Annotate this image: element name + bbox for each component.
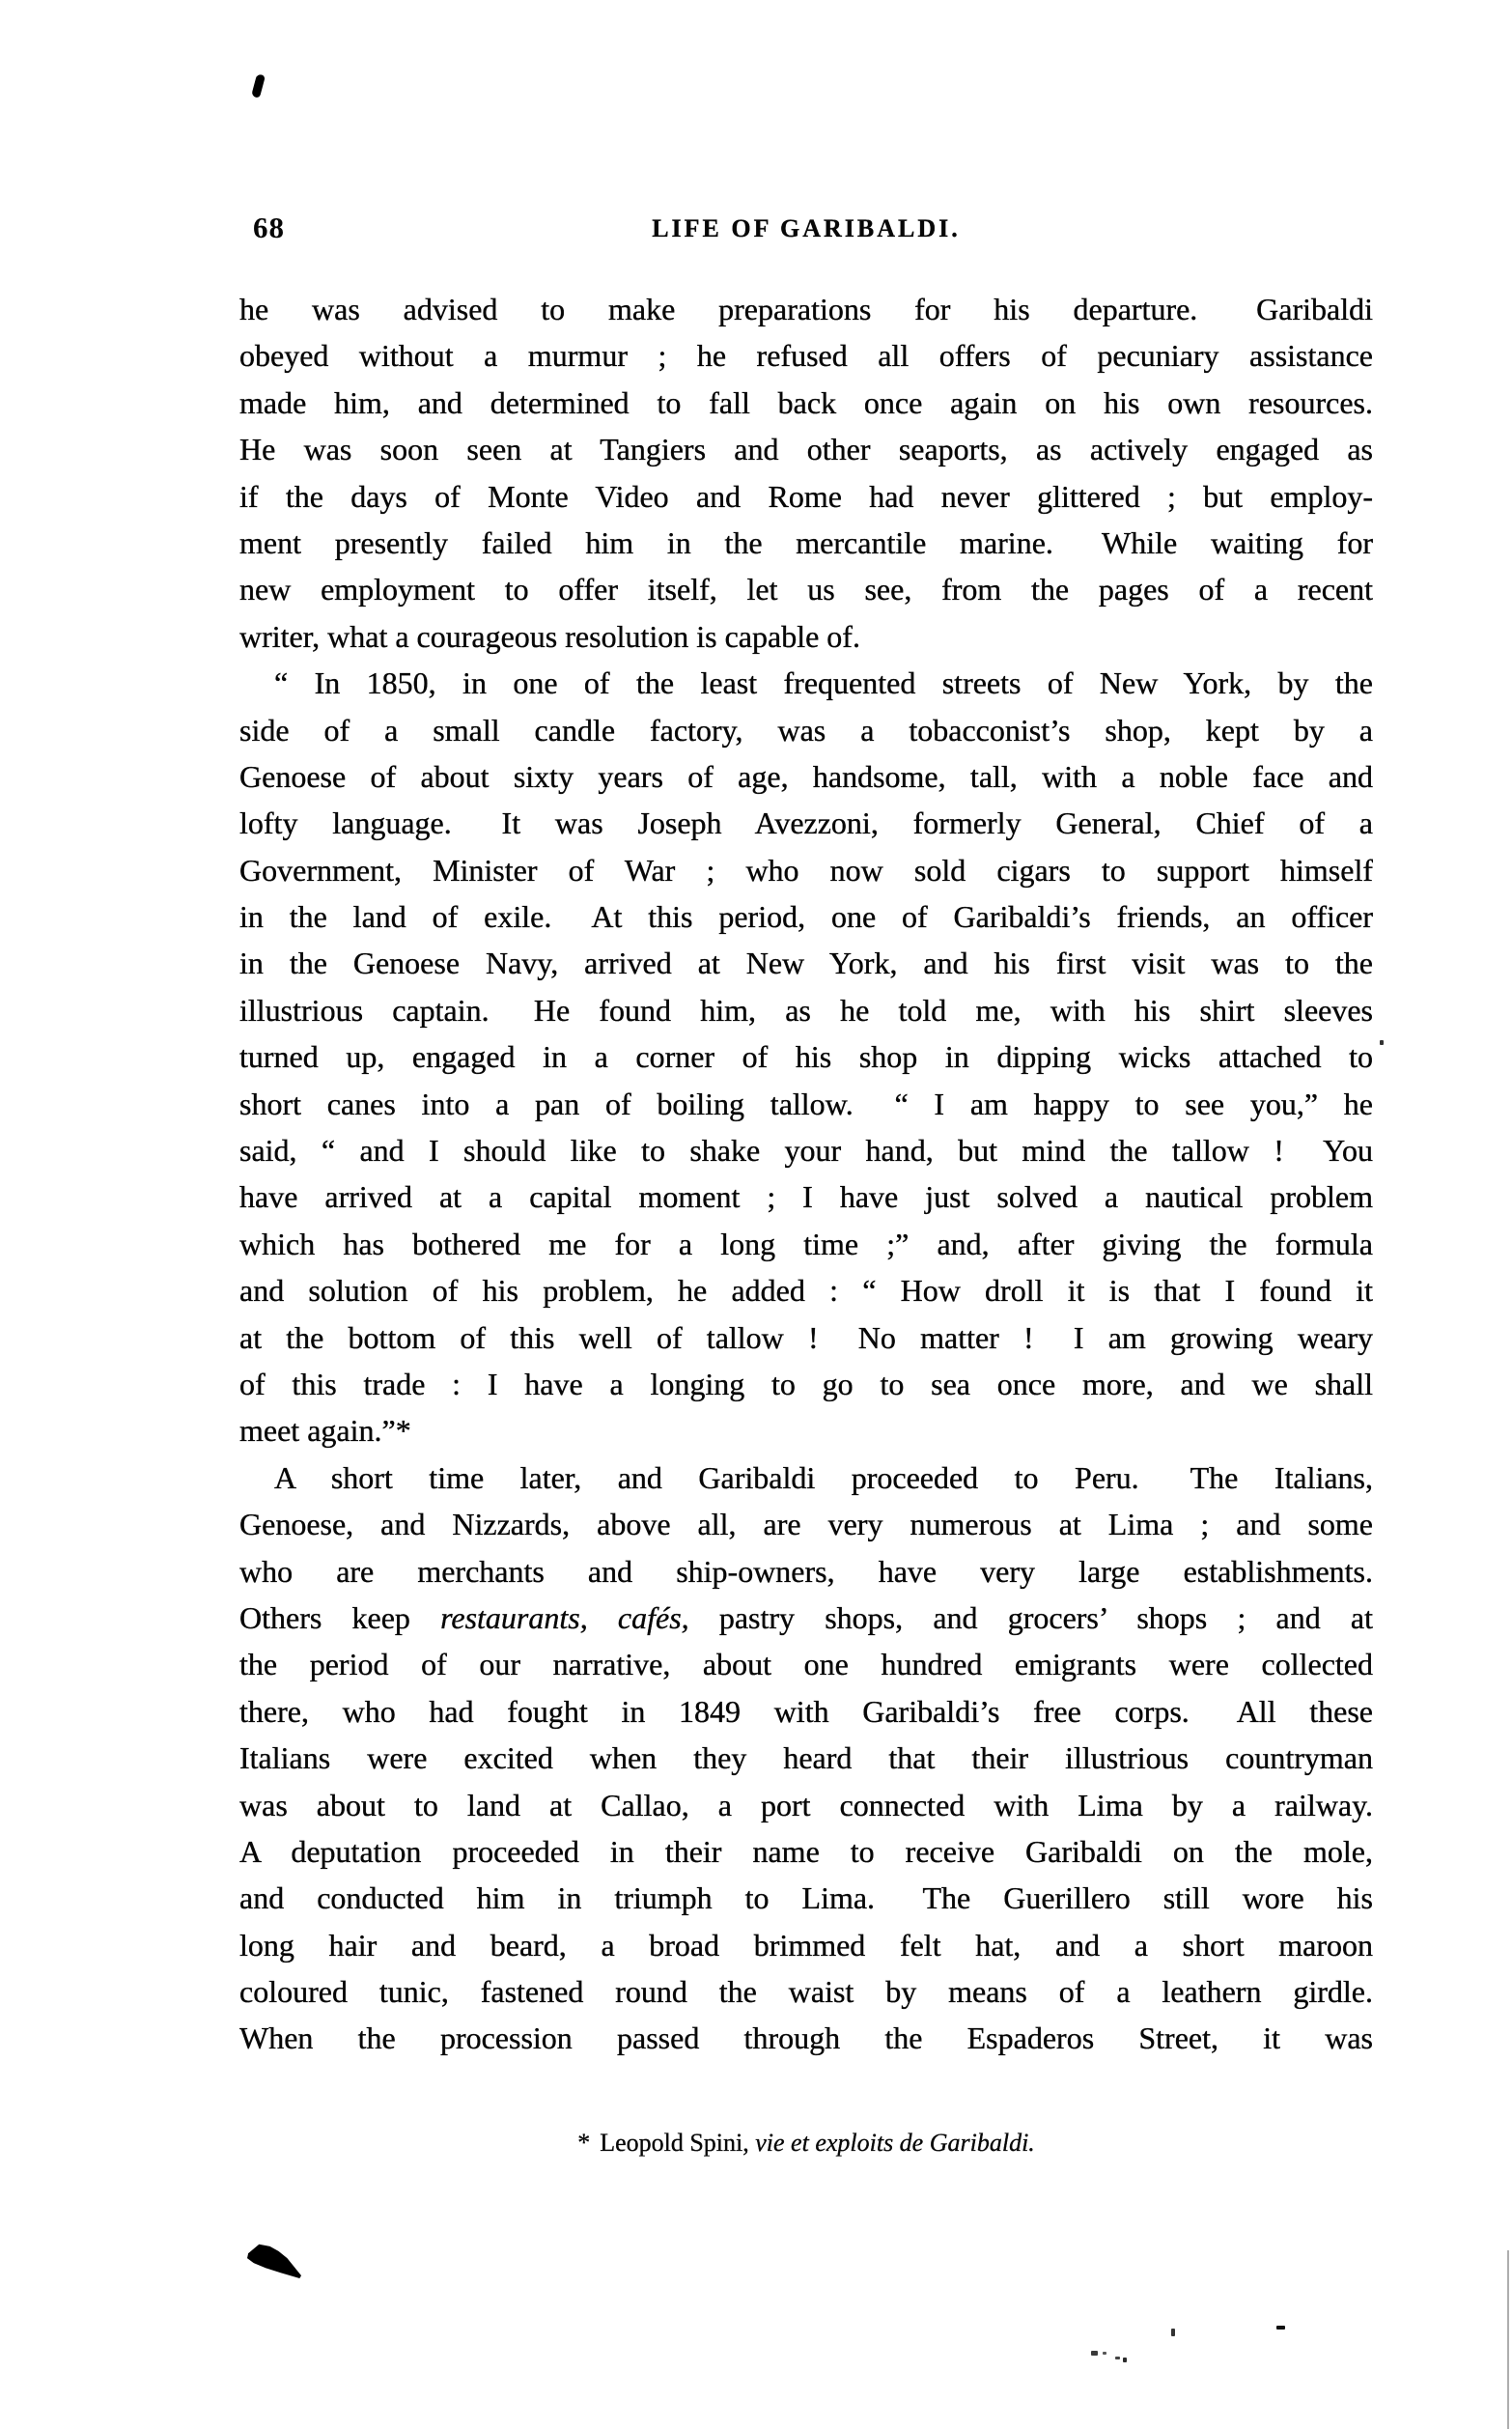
text-line: Others keep restaurants, cafés, pastry s… <box>239 1595 1373 1641</box>
text-segment: in the land of exile. At this period, on… <box>239 899 1373 934</box>
text-segment: who are merchants and ship-owners, have … <box>239 1554 1373 1589</box>
text-segment: which has bothered me for a long time ;”… <box>239 1227 1373 1261</box>
text-segment: if the days of Monte Video and Rome had … <box>239 479 1373 514</box>
text-segment: said, “ and I should like to shake your … <box>239 1133 1373 1168</box>
scan-speckle <box>1276 2326 1285 2330</box>
text-line: if the days of Monte Video and Rome had … <box>239 473 1373 520</box>
text-segment: illustrious captain. He found him, as he… <box>239 993 1373 1028</box>
scan-speckle <box>1123 2358 1127 2362</box>
text-line: new employment to offer itself, let us s… <box>239 566 1373 612</box>
text-segment: “ In 1850, in one of the least frequente… <box>274 665 1373 700</box>
footnote-author: Leopold Spini, <box>600 2129 755 2157</box>
text-segment: of this trade : I have a longing to go t… <box>239 1367 1373 1401</box>
text-segment: Government, Minister of War ; who now so… <box>239 853 1373 888</box>
paragraph: he was advised to make preparations for … <box>239 286 1373 660</box>
running-title: LIFE OF GARIBALDI. <box>239 214 1373 243</box>
text-line: A deputation proceeded in their name to … <box>239 1828 1373 1875</box>
text-segment: there, who had fought in 1849 with Garib… <box>239 1694 1373 1729</box>
text-segment: Genoese, and Nizzards, above all, are ve… <box>239 1507 1373 1541</box>
text-line: was about to land at Callao, a port conn… <box>239 1782 1373 1828</box>
text-segment: and solution of his problem, he added : … <box>239 1273 1373 1308</box>
paragraph: A short time later, and Garibaldi procee… <box>239 1455 1373 2062</box>
text-line: which has bothered me for a long time ;”… <box>239 1221 1373 1267</box>
text-segment: at the bottom of this well of tallow ! N… <box>239 1320 1373 1355</box>
text-segment: ment presently failed him in the mercant… <box>239 525 1373 560</box>
text-segment: Italians were excited when they heard th… <box>239 1740 1373 1775</box>
text-line: Genoese, and Nizzards, above all, are ve… <box>239 1501 1373 1547</box>
text-segment: long hair and beard, a broad brimmed fel… <box>239 1928 1373 1963</box>
text-line: writer, what a courageous resolution is … <box>239 613 1373 660</box>
text-line: at the bottom of this well of tallow ! N… <box>239 1314 1373 1361</box>
text-line: long hair and beard, a broad brimmed fel… <box>239 1922 1373 1968</box>
text-line: Italians were excited when they heard th… <box>239 1735 1373 1781</box>
text-segment: made him, and determined to fall back on… <box>239 385 1373 420</box>
text-line: side of a small candle factory, was a to… <box>239 707 1373 753</box>
scan-speckle <box>1091 2351 1098 2356</box>
text-line: ment presently failed him in the mercant… <box>239 520 1373 566</box>
text-line: illustrious captain. He found him, as he… <box>239 987 1373 1033</box>
text-segment: short canes into a pan of boiling tallow… <box>239 1087 1373 1121</box>
italic-text-segment: restaurants, cafés, <box>440 1600 689 1635</box>
text-line: made him, and determined to fall back on… <box>239 380 1373 426</box>
text-line: He was soon seen at Tangiers and other s… <box>239 426 1373 472</box>
text-line: of this trade : I have a longing to go t… <box>239 1361 1373 1407</box>
text-segment: coloured tunic, fastened round the waist… <box>239 1974 1373 2009</box>
text-line: turned up, engaged in a corner of his sh… <box>239 1033 1373 1080</box>
text-segment: turned up, engaged in a corner of his sh… <box>239 1039 1373 1074</box>
paragraph: “ In 1850, in one of the least frequente… <box>239 660 1373 1455</box>
text-line: the period of our narrative, about one h… <box>239 1641 1373 1687</box>
scan-speckle <box>1380 1040 1384 1045</box>
text-segment: new employment to offer itself, let us s… <box>239 572 1373 607</box>
text-segment: in the Genoese Navy, arrived at New York… <box>239 946 1373 980</box>
text-segment: He was soon seen at Tangiers and other s… <box>239 432 1373 466</box>
text-line: in the Genoese Navy, arrived at New York… <box>239 940 1373 986</box>
text-segment: side of a small candle factory, was a to… <box>239 713 1373 748</box>
text-segment: Others keep <box>239 1600 440 1635</box>
pen-stroke-mark <box>251 73 266 99</box>
text-segment: lofty language. It was Joseph Avezzoni, … <box>239 805 1373 840</box>
text-segment: When the procession passed through the E… <box>239 2020 1373 2055</box>
scan-speckle <box>1103 2352 1106 2355</box>
text-segment: the period of our narrative, about one h… <box>239 1647 1373 1681</box>
text-line: in the land of exile. At this period, on… <box>239 893 1373 940</box>
scan-edge-line <box>1507 2250 1509 2429</box>
text-segment: writer, what a courageous resolution is … <box>239 619 860 654</box>
text-line: have arrived at a capital moment ; I hav… <box>239 1173 1373 1220</box>
text-line: Genoese of about sixty years of age, han… <box>239 753 1373 800</box>
ink-blob-mark <box>247 2244 301 2278</box>
text-segment: was about to land at Callao, a port conn… <box>239 1788 1373 1822</box>
text-line: meet again.”* <box>239 1407 1373 1454</box>
text-segment: meet again.”* <box>239 1413 411 1448</box>
footnote: *Leopold Spini, vie et exploits de Garib… <box>239 2129 1373 2158</box>
text-line: obeyed without a murmur ; he refused all… <box>239 332 1373 379</box>
text-segment: A short time later, and Garibaldi procee… <box>274 1460 1373 1495</box>
book-page: 68 LIFE OF GARIBALDI. he was advised to … <box>0 0 1512 2429</box>
text-segment: obeyed without a murmur ; he refused all… <box>239 338 1373 373</box>
text-line: there, who had fought in 1849 with Garib… <box>239 1688 1373 1735</box>
page-body: he was advised to make preparations for … <box>239 286 1373 2062</box>
text-line: he was advised to make preparations for … <box>239 286 1373 332</box>
text-line: said, “ and I should like to shake your … <box>239 1127 1373 1173</box>
text-segment: A deputation proceeded in their name to … <box>239 1834 1373 1869</box>
text-line: lofty language. It was Joseph Avezzoni, … <box>239 800 1373 846</box>
text-line: A short time later, and Garibaldi procee… <box>239 1455 1373 1501</box>
text-line: and solution of his problem, he added : … <box>239 1267 1373 1313</box>
text-line: who are merchants and ship-owners, have … <box>239 1548 1373 1595</box>
text-segment: have arrived at a capital moment ; I hav… <box>239 1179 1373 1214</box>
footnote-marker: * <box>577 2129 590 2157</box>
text-line: Government, Minister of War ; who now so… <box>239 847 1373 893</box>
text-segment: pastry shops, and grocers’ shops ; and a… <box>689 1600 1373 1635</box>
scan-speckle <box>1115 2357 1120 2359</box>
scan-speckle <box>1171 2329 1175 2336</box>
footnote-work-title: vie et exploits de Garibaldi. <box>755 2129 1035 2157</box>
text-line: When the procession passed through the E… <box>239 2015 1373 2061</box>
text-segment: and conducted him in triumph to Lima. Th… <box>239 1880 1373 1915</box>
text-line: “ In 1850, in one of the least frequente… <box>239 660 1373 706</box>
text-line: short canes into a pan of boiling tallow… <box>239 1081 1373 1127</box>
text-segment: he was advised to make preparations for … <box>239 292 1373 326</box>
text-segment: Genoese of about sixty years of age, han… <box>239 759 1373 794</box>
text-line: and conducted him in triumph to Lima. Th… <box>239 1875 1373 1921</box>
text-line: coloured tunic, fastened round the waist… <box>239 1968 1373 2015</box>
